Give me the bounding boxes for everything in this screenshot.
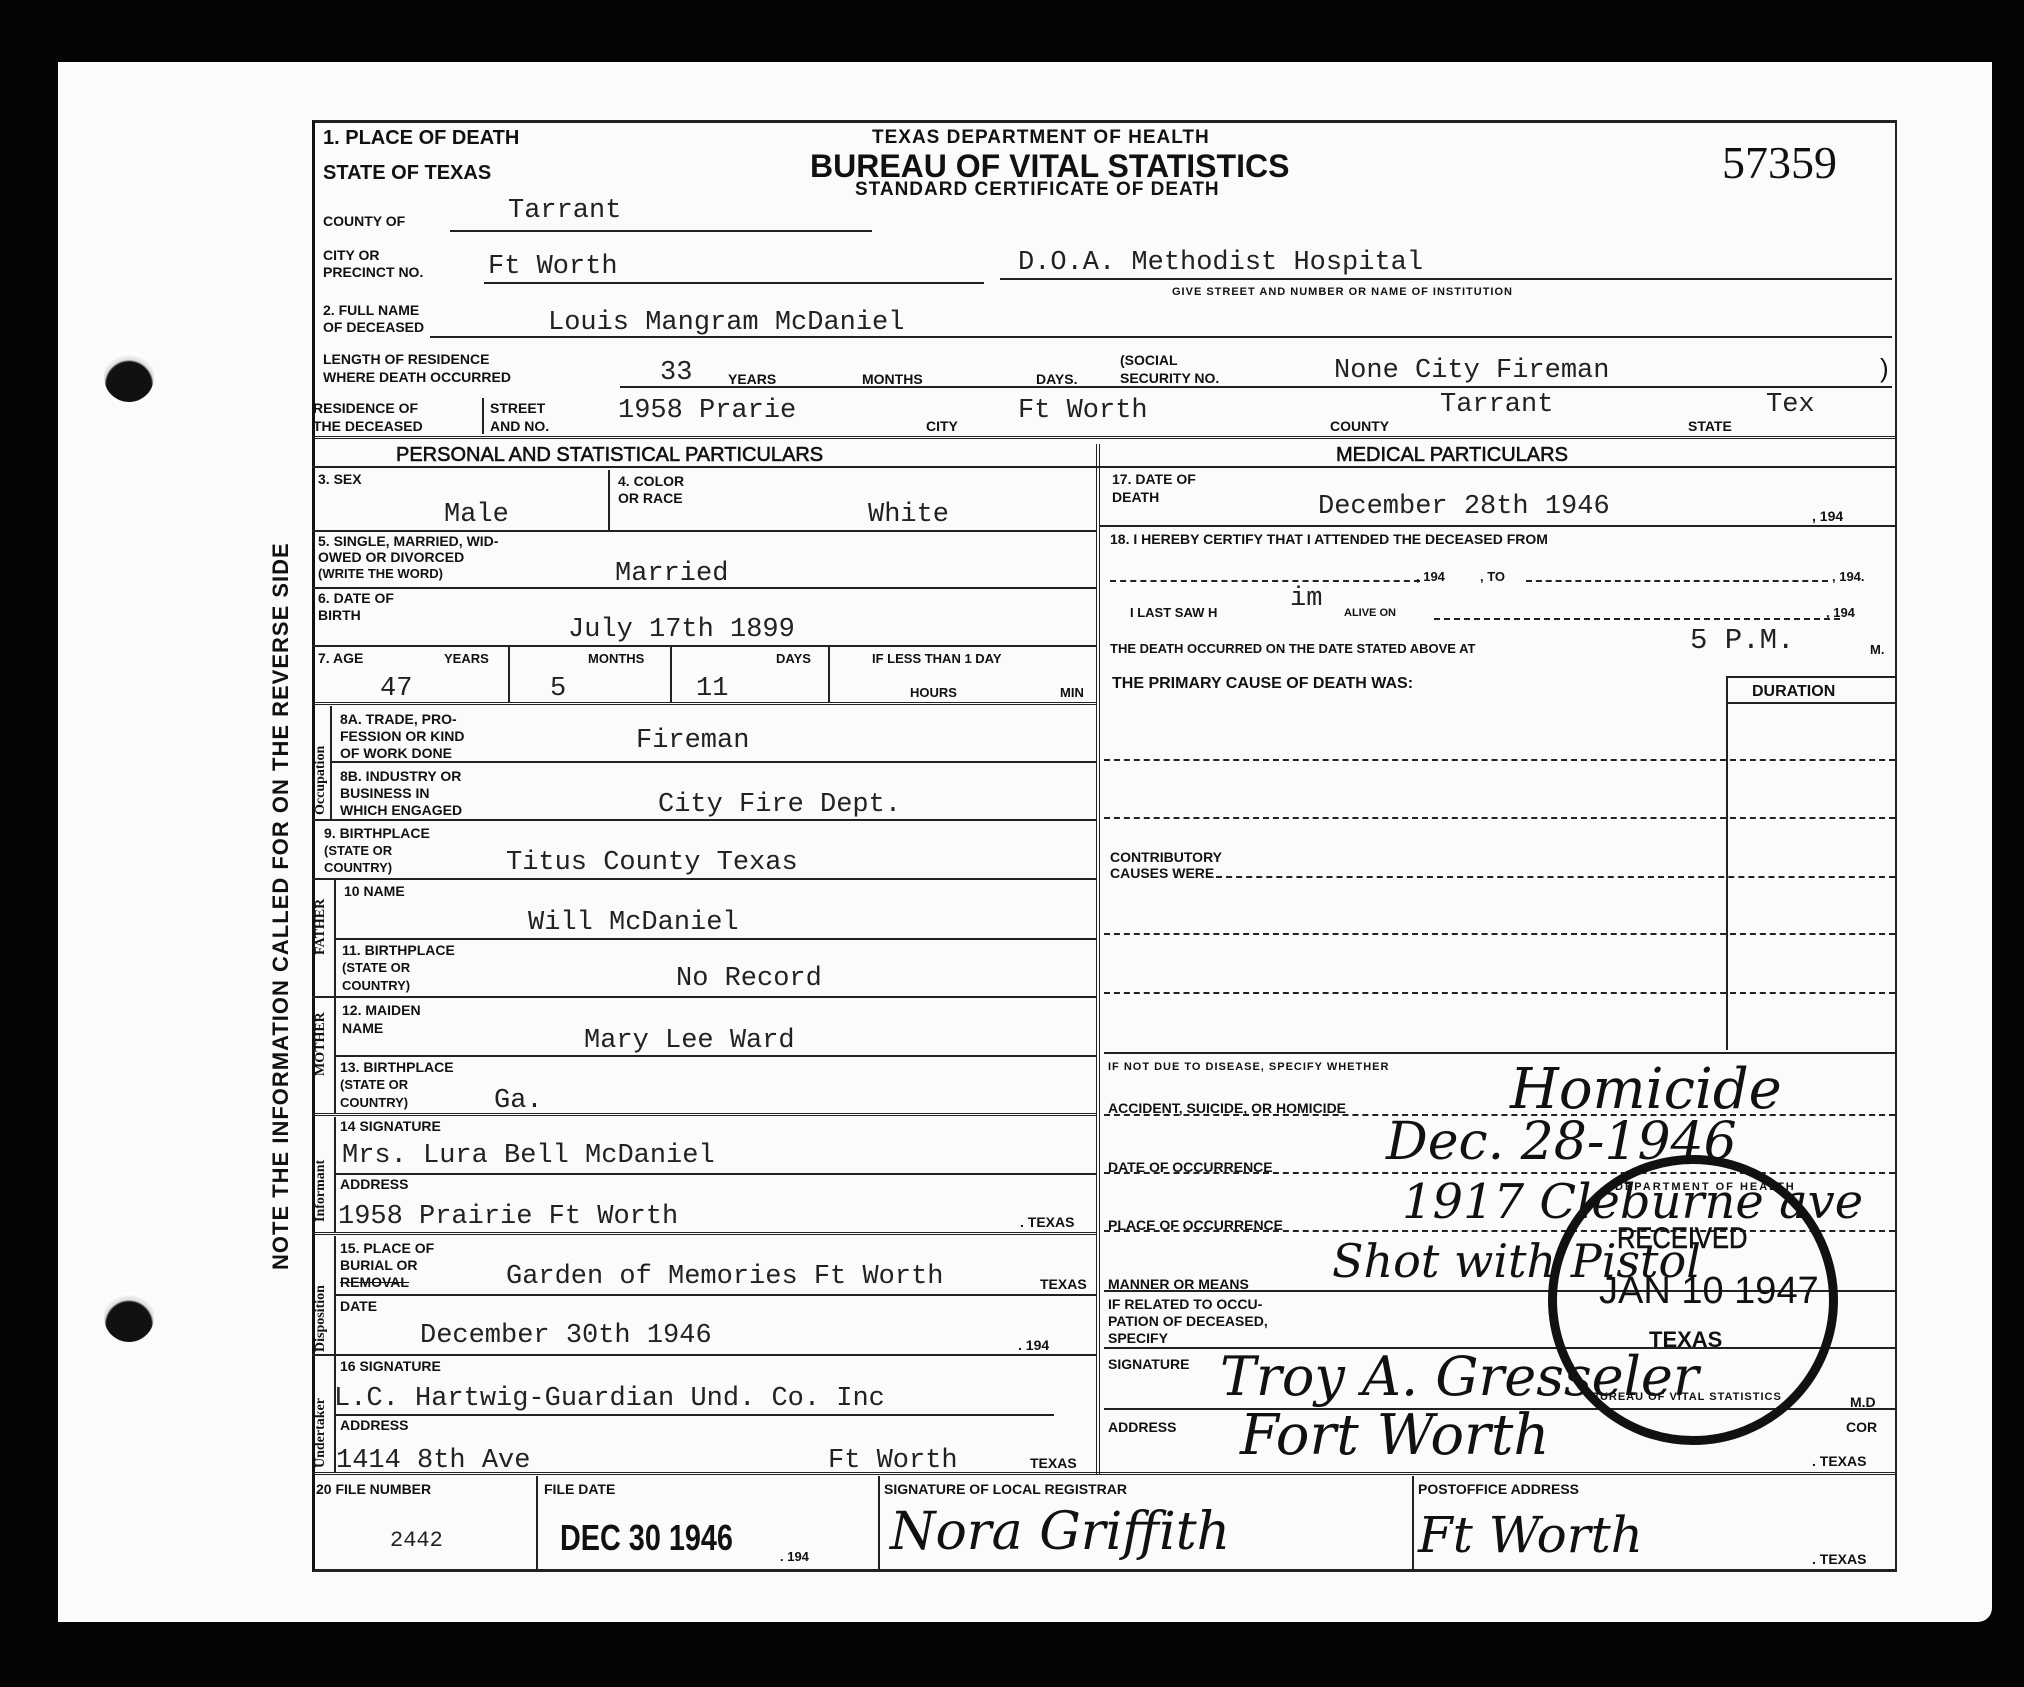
certificate-number: 57359 [1722, 140, 1837, 186]
primary-cause-label: THE PRIMARY CAUSE OF DEATH WAS: [1112, 676, 1413, 692]
postoffice-label: POSTOFFICE ADDRESS [1418, 1482, 1579, 1496]
file-date-value: DEC 30 1946 [560, 1520, 733, 1556]
city-label-1: CITY OR [323, 248, 380, 262]
rule [312, 1472, 1897, 1475]
rule [312, 1354, 1096, 1356]
rule [312, 436, 1897, 439]
side-divider [330, 706, 332, 820]
marital-status-value: Married [615, 561, 728, 588]
cor-label: COR [1846, 1420, 1877, 1434]
city-label-2: PRECINCT NO. [323, 265, 423, 279]
duration-label: DURATION [1752, 684, 1835, 700]
rule [312, 819, 1096, 821]
stamp-received: RECEIVED [1617, 1224, 1747, 1254]
mother-birthplace-label-3: COUNTRY) [340, 1096, 408, 1109]
manner-label: MANNER OR MEANS [1108, 1277, 1249, 1291]
industry-label-1: 8B. INDUSTRY OR [340, 769, 461, 783]
postoffice-texas-label: . TEXAS [1812, 1552, 1866, 1566]
birthplace-label-1: 9. BIRTHPLACE [324, 826, 430, 840]
registrar-label: SIGNATURE OF LOCAL REGISTRAR [884, 1482, 1127, 1496]
dob-label-1: 6. DATE OF [318, 591, 394, 605]
mother-side-label: MOTHER [313, 1012, 329, 1076]
rule [430, 336, 1892, 338]
punch-hole-bottom [104, 1292, 154, 1342]
dod-label-1: 17. DATE OF [1112, 472, 1196, 486]
residence-length-label-2: WHERE DEATH OCCURRED [323, 370, 511, 384]
sex-label: 3. SEX [318, 472, 362, 486]
industry-label-2: BUSINESS IN [340, 786, 429, 800]
undertaker-side-label: Undertaker [313, 1398, 329, 1468]
residence-city-label: CITY [926, 419, 958, 433]
cause-line-1 [1104, 759, 1895, 761]
rule [312, 466, 1897, 468]
accident-value: Homicide [1510, 1062, 1782, 1118]
age-months-label: MONTHS [588, 652, 644, 665]
cause-line-2 [1104, 817, 1895, 819]
age-days-value: 11 [696, 676, 728, 703]
brace [482, 398, 484, 434]
social-security-label-2: SECURITY NO. [1120, 371, 1219, 385]
rule [1100, 525, 1897, 527]
rule [1728, 702, 1895, 704]
undertaker-address-label: ADDRESS [340, 1418, 408, 1432]
informant-address-value: 1958 Prairie Ft Worth [338, 1204, 678, 1231]
from-date-line [1110, 580, 1420, 582]
column-divider [1096, 444, 1100, 1474]
last-saw-label: I LAST SAW H [1130, 606, 1217, 619]
file-date-label: FILE DATE [544, 1482, 615, 1496]
informant-texas-label: . TEXAS [1020, 1215, 1074, 1229]
agency-title: TEXAS DEPARTMENT OF HEALTH [872, 128, 1210, 147]
file-date-suffix: . 194 [780, 1550, 809, 1563]
to-date-line [1526, 580, 1828, 582]
rule [312, 702, 1096, 705]
mother-name-label-1: 12. MAIDEN [342, 1003, 421, 1017]
md-label: M.D [1850, 1395, 1876, 1409]
punch-hole-top [104, 352, 154, 402]
age-days-label: DAYS [776, 652, 811, 665]
min-label: MIN [1060, 686, 1084, 699]
mother-birthplace-label-2: (STATE OR [340, 1078, 408, 1091]
rule [1000, 278, 1892, 280]
disposition-side-label: Disposition [313, 1285, 329, 1352]
age-label: 7. AGE [318, 651, 363, 665]
stamp-bottom-arc: BUREAU OF VITAL STATISTICS [1591, 1392, 1782, 1403]
burial-label-1: 15. PLACE OF [340, 1241, 434, 1255]
burial-date-value: December 30th 1946 [420, 1323, 712, 1350]
street-label-2: AND NO. [490, 419, 549, 433]
side-divider [334, 1117, 336, 1233]
trade-label-2: FESSION OR KIND [340, 729, 464, 743]
rule [484, 282, 984, 284]
residence-label-2: THE DECEASED [313, 419, 423, 433]
divider [508, 647, 510, 703]
cause-line-5 [1104, 992, 1895, 994]
file-number-value: 2442 [390, 1530, 443, 1552]
cause-line-4 [1104, 933, 1895, 935]
undertaker-texas-label: TEXAS [1030, 1456, 1077, 1470]
burial-texas-label: TEXAS [1040, 1277, 1087, 1291]
rule [312, 996, 1096, 998]
age-years-value: 47 [380, 676, 412, 703]
reverse-side-note: NOTE THE INFORMATION CALLED FOR ON THE R… [268, 542, 294, 1270]
undertaker-value: L.C. Hartwig-Guardian Und. Co. Inc [334, 1386, 885, 1413]
physician-texas-label: . TEXAS [1812, 1454, 1866, 1468]
father-name-value: Will McDaniel [528, 910, 739, 937]
residence-street-value: 1958 Prarie [618, 398, 796, 425]
occu-label-3: SPECIFY [1108, 1331, 1168, 1345]
divider [608, 470, 610, 530]
marital-label-2: OWED OR DIVORCED [318, 550, 464, 564]
dod-label-2: DEATH [1112, 490, 1159, 504]
less-than-day-label: IF LESS THAN 1 DAY [872, 652, 1002, 665]
cause-line-3 [1206, 876, 1895, 878]
father-side-label: FATHER [313, 899, 329, 955]
burial-date-label: DATE [340, 1299, 377, 1313]
alive-year-label: , 194 [1826, 606, 1855, 619]
days-label: DAYS. [1036, 372, 1078, 386]
dob-label-2: BIRTH [318, 608, 361, 622]
industry-value: City Fire Dept. [658, 792, 901, 819]
dod-year-suffix: , 194 [1812, 509, 1843, 523]
father-birthplace-label-2: (STATE OR [342, 961, 410, 974]
father-birthplace-label-3: COUNTRY) [342, 979, 410, 992]
certify-label: 18. I HEREBY CERTIFY THAT I ATTENDED THE… [1110, 532, 1548, 546]
physician-address: Fort Worth [1240, 1408, 1549, 1464]
age-years-label: YEARS [444, 652, 489, 665]
race-value: White [868, 502, 949, 529]
marital-label-1: 5. SINGLE, MARRIED, WID- [318, 534, 498, 548]
rule [450, 230, 872, 232]
age-months-value: 5 [550, 676, 566, 703]
undertaker-city-value: Ft Worth [828, 1448, 958, 1475]
residence-label-1: RESIDENCE OF [313, 401, 418, 415]
divider [670, 647, 672, 703]
occu-label-1: IF RELATED TO OCCU- [1108, 1297, 1262, 1311]
marital-label-3: (WRITE THE WORD) [318, 567, 443, 580]
rule [334, 1173, 1096, 1175]
occupation-side-label: Occupation [313, 746, 329, 815]
rule [1728, 676, 1895, 678]
informant-address-label: ADDRESS [340, 1177, 408, 1191]
burial-date-year-suffix: . 194 [1018, 1338, 1049, 1352]
alive-on-line [1434, 618, 1840, 620]
registrar-signature: Nora Griffith [890, 1506, 1230, 1558]
time-suffix: M. [1870, 643, 1884, 656]
residence-city-value: Ft Worth [1018, 398, 1148, 425]
father-name-label: 10 NAME [344, 884, 405, 898]
residence-state-value: Tex [1766, 392, 1815, 419]
street-label-1: STREET [490, 401, 545, 415]
deceased-full-name: Louis Mangram McDaniel [548, 310, 904, 337]
divider [536, 1476, 538, 1572]
contributory-label-1: CONTRIBUTORY [1110, 850, 1222, 864]
father-birthplace-label-1: 11. BIRTHPLACE [342, 943, 455, 957]
industry-label-3: WHICH ENGAGED [340, 803, 462, 817]
stamp-date: JAN 10 1947 [1599, 1272, 1819, 1310]
rule [334, 1294, 1096, 1296]
rule [312, 1113, 1096, 1116]
undertaker-signature-label: 16 SIGNATURE [340, 1359, 441, 1373]
date-of-death-value: December 28th 1946 [1318, 494, 1610, 521]
undertaker-street-value: 1414 8th Ave [336, 1448, 530, 1475]
rule [334, 1414, 1054, 1416]
rule [330, 761, 1096, 763]
residence-county-value: Tarrant [1440, 392, 1553, 419]
divider [1412, 1476, 1414, 1572]
divider [878, 1476, 880, 1572]
rule [620, 386, 1892, 388]
full-name-label-2: OF DECEASED [323, 320, 424, 334]
received-stamp: RECEIVED JAN 10 1947 TEXAS DEPARTMENT OF… [1548, 1155, 1838, 1445]
not-disease-label: IF NOT DUE TO DISEASE, SPECIFY WHETHER [1108, 1062, 1389, 1073]
birthplace-value: Titus County Texas [506, 850, 798, 877]
months-label: MONTHS [862, 372, 923, 386]
birthplace-label-2: (STATE OR [324, 844, 392, 857]
rule [334, 938, 1096, 940]
stamp-top-arc: DEPARTMENT OF HEALTH [1615, 1182, 1796, 1193]
bureau-title: BUREAU OF VITAL STATISTICS [810, 150, 1289, 182]
rule [312, 587, 1096, 589]
from-year-label: , 194 [1416, 570, 1445, 583]
residence-length-label-1: LENGTH OF RESIDENCE [323, 352, 489, 366]
birthplace-label-3: COUNTRY) [324, 861, 392, 874]
county-of-death-value: Tarrant [508, 198, 621, 225]
informant-name-value: Mrs. Lura Bell McDaniel [342, 1143, 715, 1170]
file-number-label: 20 FILE NUMBER [316, 1482, 431, 1496]
mother-name-label-2: NAME [342, 1021, 383, 1035]
trade-label-1: 8A. TRADE, PRO- [340, 712, 457, 726]
institution-value: D.O.A. Methodist Hospital [1018, 250, 1423, 277]
institution-hint: GIVE STREET AND NUMBER OR NAME OF INSTIT… [1172, 287, 1513, 298]
county-of-label: COUNTY OF [323, 214, 405, 228]
burial-label-3: REMOVAL [340, 1275, 409, 1289]
years-label: YEARS [728, 372, 776, 386]
sex-value: Male [444, 502, 509, 529]
informant-side-label: Informant [313, 1160, 329, 1222]
burial-place-value: Garden of Memories Ft Worth [506, 1264, 943, 1291]
trade-value: Fireman [636, 728, 749, 755]
to-label: , TO [1480, 570, 1505, 583]
medical-section-title: MEDICAL PARTICULARS [1336, 445, 1568, 465]
social-security-value: None City Fireman [1334, 358, 1609, 385]
full-name-label-1: 2. FULL NAME [323, 303, 419, 317]
rule [312, 1232, 1096, 1235]
residence-state-label: STATE [1688, 419, 1732, 433]
place-of-death-label: 1. PLACE OF DEATH [323, 128, 519, 148]
to-year-label: , 194. [1832, 570, 1865, 583]
rule [312, 878, 1096, 880]
mother-name-value: Mary Lee Ward [584, 1028, 795, 1055]
residence-years-value: 33 [660, 360, 692, 387]
alive-on-label: ALIVE ON [1344, 608, 1396, 619]
death-occurred-label: THE DEATH OCCURRED ON THE DATE STATED AB… [1110, 642, 1475, 655]
personal-section-title: PERSONAL AND STATISTICAL PARTICULARS [396, 445, 823, 465]
father-birthplace-value: No Record [676, 966, 822, 993]
contributory-label-2: CAUSES WERE [1110, 866, 1214, 880]
ss-close-paren: ) [1880, 355, 1889, 381]
burial-label-2: BURIAL OR [340, 1258, 418, 1272]
divider [828, 647, 830, 703]
date-of-birth-value: July 17th 1899 [568, 617, 795, 644]
hours-label: HOURS [910, 686, 957, 699]
stamp-state: TEXAS [1649, 1329, 1722, 1351]
rule [312, 530, 1096, 532]
physician-signature-label: SIGNATURE [1108, 1357, 1189, 1371]
certificate-title: STANDARD CERTIFICATE OF DEATH [855, 180, 1220, 199]
trade-label-3: OF WORK DONE [340, 746, 452, 760]
physician-address-label: ADDRESS [1108, 1420, 1176, 1434]
rule [334, 1055, 1096, 1057]
rule [312, 645, 1096, 647]
state-of-texas-label: STATE OF TEXAS [323, 163, 491, 183]
race-label-2: OR RACE [618, 491, 683, 505]
social-security-label-1: (SOCIAL [1120, 353, 1178, 367]
city-of-death-value: Ft Worth [488, 254, 618, 281]
mother-birthplace-value: Ga. [494, 1088, 543, 1115]
residence-county-label: COUNTY [1330, 419, 1389, 433]
informant-signature-label: 14 SIGNATURE [340, 1119, 441, 1133]
occu-label-2: PATION OF DECEASED, [1108, 1314, 1268, 1328]
rule [1104, 1052, 1895, 1054]
race-label-1: 4. COLOR [618, 474, 684, 488]
time-of-death-value: 5 P.M. [1690, 626, 1794, 655]
postoffice-value: Ft Worth [1418, 1510, 1643, 1560]
mother-birthplace-label-1: 13. BIRTHPLACE [340, 1060, 454, 1074]
last-saw-value: im [1290, 586, 1322, 613]
accident-label: ACCIDENT, SUICIDE, OR HOMICIDE [1108, 1101, 1346, 1115]
